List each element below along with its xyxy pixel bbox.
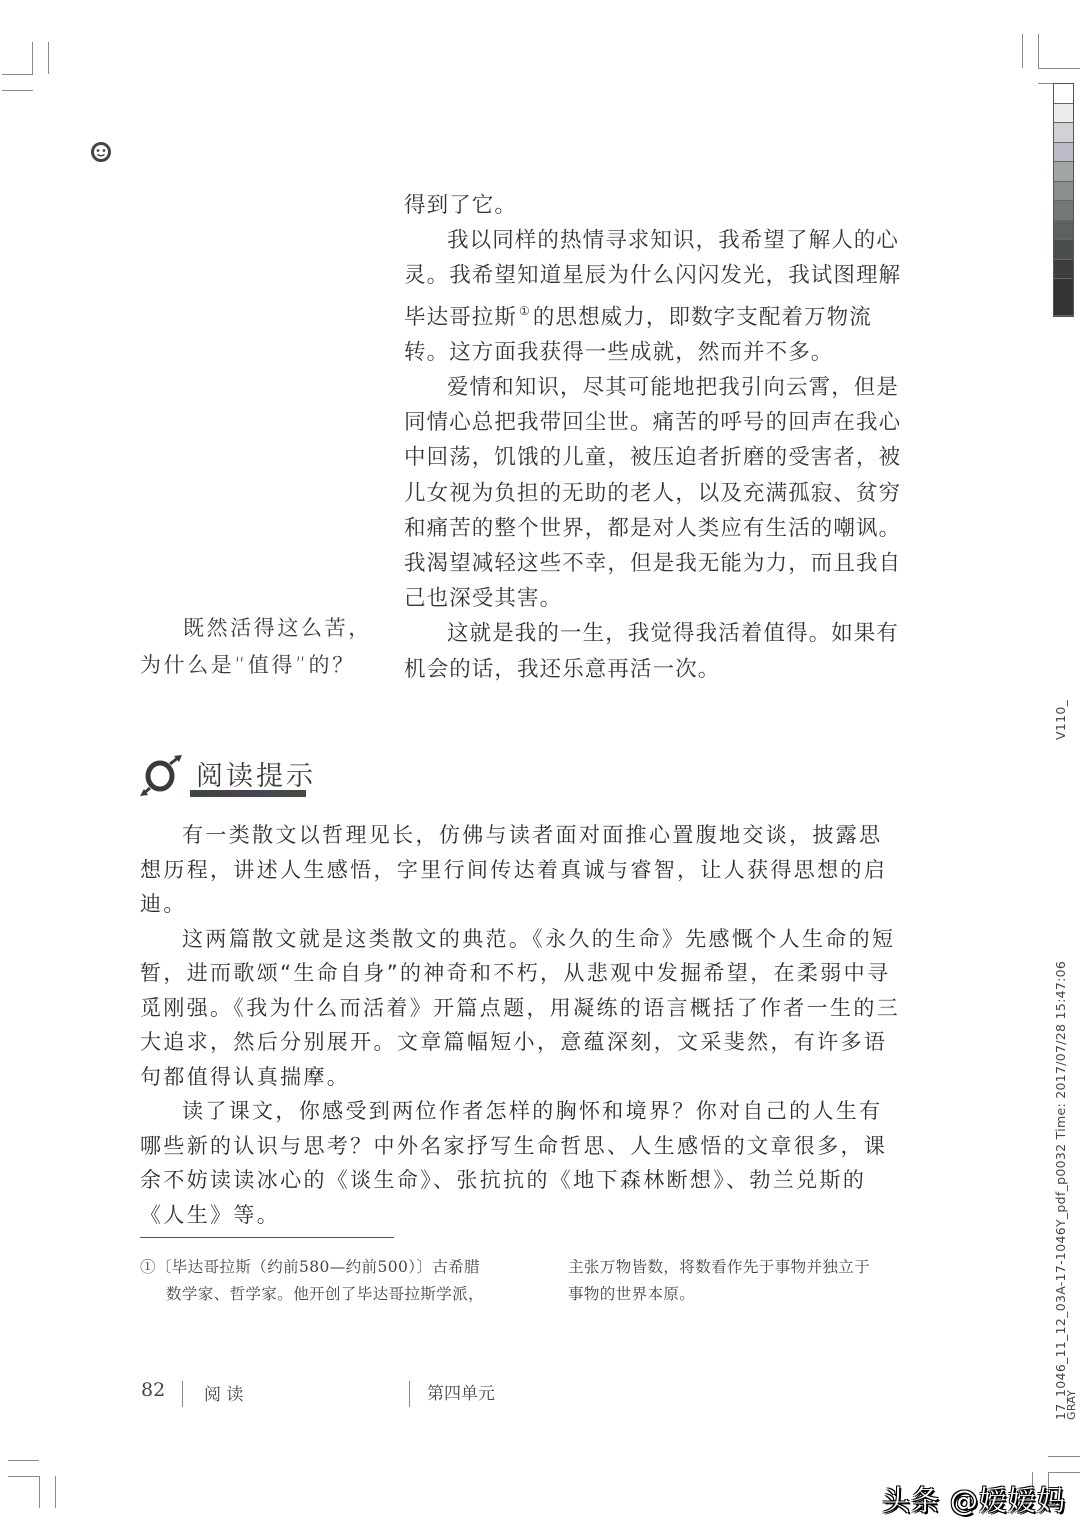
crop-mark <box>8 1460 39 1461</box>
crop-mark <box>55 1476 56 1508</box>
paragraph: 我以同样的热情寻求知识，我希望了解人的心灵。我希望知道星辰为什么闪闪发光，我试图… <box>404 223 902 370</box>
crop-mark <box>1048 1472 1080 1473</box>
crop-mark <box>48 42 49 74</box>
crop-mark <box>32 42 33 75</box>
gray-scale-step <box>1054 123 1073 143</box>
footer-divider <box>409 1381 410 1407</box>
page-number: 82 <box>141 1379 165 1401</box>
paragraph: 爱情和知识，尽其可能地把我引向云霄，但是同情心总把我带回尘世。痛苦的呼号的回声在… <box>404 370 902 616</box>
crop-mark <box>1022 34 1023 68</box>
reading-hint-underline <box>190 790 306 797</box>
gray-scale-step <box>1054 260 1073 280</box>
footer-unit: 第四单元 <box>427 1379 495 1404</box>
footnote-divider <box>140 1237 394 1238</box>
version-label: V110_ <box>1053 700 1068 740</box>
crop-mark <box>2 90 33 91</box>
main-text: 得到了它。 我以同样的热情寻求知识，我希望了解人的心灵。我希望知道星辰为什么闪闪… <box>404 188 902 687</box>
footnote-line: 主张万物皆数，将数看作先于事物并独立于 <box>568 1254 918 1281</box>
paragraph-continuation: 得到了它。 <box>404 188 902 223</box>
gray-scale-step <box>1054 201 1073 221</box>
gray-scale-step <box>1054 240 1073 260</box>
margin-note-line: 既然活得这么苦， <box>140 610 380 647</box>
gray-scale-step <box>1054 221 1073 241</box>
footnote-col-2: 主张万物皆数，将数看作先于事物并独立于 事物的世界本原。 <box>568 1254 918 1308</box>
reading-hint-text: 有一类散文以哲理见长，仿佛与读者面对面推心置腹地交谈，披露思想历程，讲述人生感悟… <box>140 818 904 1232</box>
crop-mark <box>1038 34 1039 68</box>
margin-note: 既然活得这么苦， 为什么是“值得”的？ <box>140 610 380 684</box>
crop-mark <box>39 1476 40 1508</box>
crop-mark <box>2 74 33 75</box>
crop-mark <box>8 1476 39 1477</box>
footnote-col-1: ①〔毕达哥拉斯（约前580—约前500）〕古希腊 数学家、哲学家。他开创了毕达哥… <box>140 1254 520 1308</box>
margin-note-line: 为什么是“值得”的？ <box>140 647 380 684</box>
color-mode-label: GRAY <box>1065 1390 1078 1420</box>
crop-mark <box>1048 1456 1080 1457</box>
footer-divider <box>182 1381 183 1407</box>
footnote-line: 数学家、哲学家。他开创了毕达哥拉斯学派， <box>140 1281 520 1308</box>
gray-scale-step <box>1054 143 1073 163</box>
crop-mark <box>1038 68 1080 69</box>
footnote-line: 事物的世界本原。 <box>568 1281 918 1308</box>
file-info-label: 17_1046_11_12_03A-17-1046Y_pdf_p0032 Tim… <box>1053 961 1068 1420</box>
gray-scale-step <box>1054 104 1073 124</box>
reading-hint-title: 阅读提示 <box>196 754 316 793</box>
smiley-icon <box>90 141 112 163</box>
reading-hint-icon <box>138 752 184 798</box>
gray-scale-step <box>1054 84 1073 104</box>
footer-section: 阅 读 <box>204 1380 243 1405</box>
paragraph: 这就是我的一生，我觉得我活着值得。如果有机会的话，我还乐意再活一次。 <box>404 616 902 686</box>
paragraph: 有一类散文以哲理见长，仿佛与读者面对面推心置腹地交谈，披露思想历程，讲述人生感悟… <box>140 818 904 922</box>
gray-scale-step <box>1054 162 1073 182</box>
footnote-line: ①〔毕达哥拉斯（约前580—约前500）〕古希腊 <box>140 1254 520 1281</box>
gray-scale-bar <box>1053 83 1074 317</box>
gray-scale-step <box>1054 279 1073 316</box>
crop-mark <box>1038 83 1054 84</box>
paragraph: 这两篇散文就是这类散文的典范。《永久的生命》先感慨个人生命的短暂，进而歌颂“生命… <box>140 922 904 1095</box>
footnote-marker[interactable]: ① <box>519 304 531 318</box>
watermark: 头条 @嫒嫒妈 <box>882 1479 1066 1519</box>
paragraph: 读了课文，你感受到两位作者怎样的胸怀和境界？你对自己的人生有哪些新的认识与思考？… <box>140 1094 904 1232</box>
gray-scale-step <box>1054 182 1073 202</box>
